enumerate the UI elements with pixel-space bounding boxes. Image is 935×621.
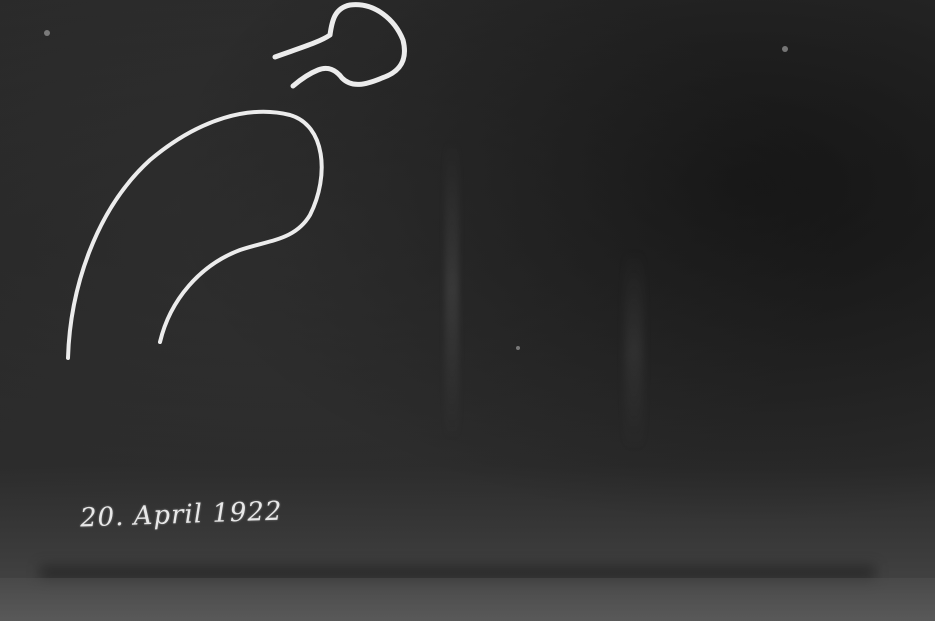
chalk-speck [44, 30, 50, 36]
blackboard-photo: 20. April 1922 [0, 0, 935, 621]
small-keyhole-loop [275, 5, 404, 86]
chalk-speck [782, 46, 788, 52]
chalk-speck [516, 346, 520, 350]
large-hook-curve [68, 112, 322, 358]
